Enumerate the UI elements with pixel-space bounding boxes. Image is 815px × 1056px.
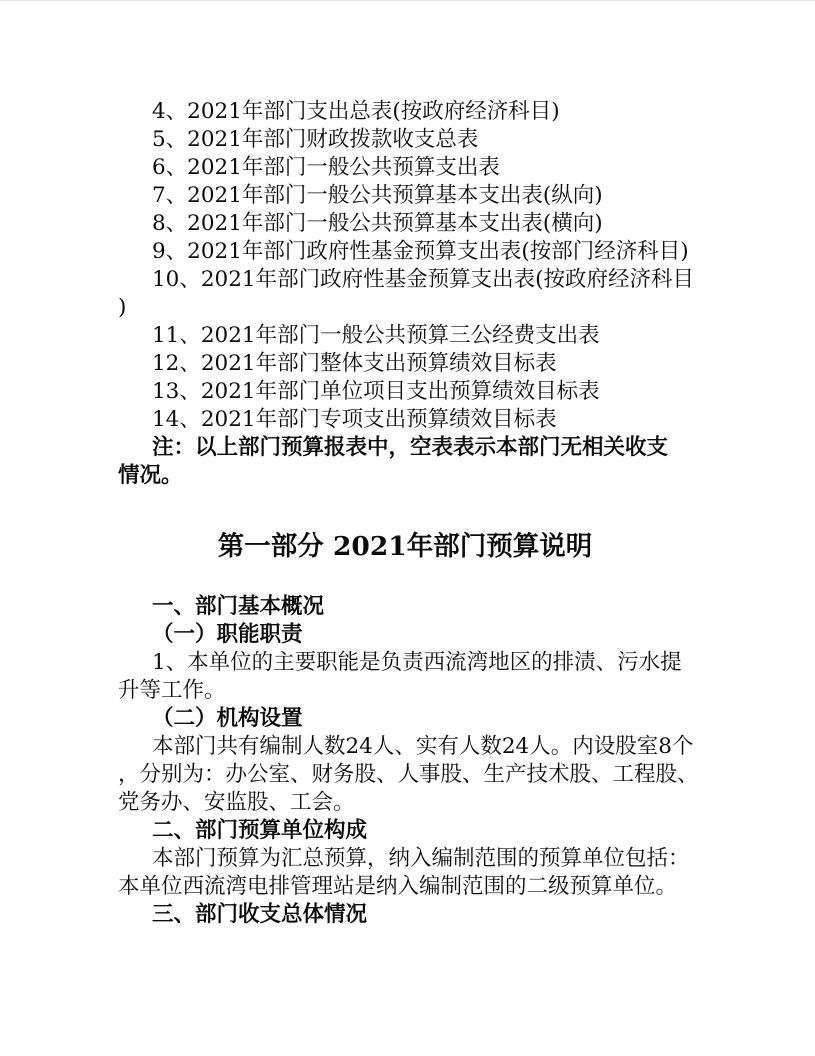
section1-title: 一、部门基本概况 (118, 593, 692, 621)
attachment-list-item-10-wrap: ) (118, 294, 692, 322)
attachment-list-item-14: 14、2021年部门专项支出预算绩效目标表 (118, 406, 692, 434)
document-page: 4、2021年部门支出总表(按政府经济科目) 5、2021年部门财政拨款收支总表… (0, 0, 815, 1056)
document-content: 4、2021年部门支出总表(按政府经济科目) 5、2021年部门财政拨款收支总表… (118, 98, 692, 929)
note-line-1: 注：以上部门预算报表中，空表表示本部门无相关收支 (118, 434, 692, 462)
attachment-list-item-11: 11、2021年部门一般公共预算三公经费支出表 (118, 322, 692, 350)
note-line-2: 情况。 (118, 462, 692, 490)
section2-line-1: 本部门预算为汇总预算，纳入编制范围的预算单位包括： (118, 845, 692, 873)
part-heading: 第一部分 2021年部门预算说明 (118, 527, 692, 567)
attachment-list-item-13: 13、2021年部门单位项目支出预算绩效目标表 (118, 378, 692, 406)
attachment-list-item-4: 4、2021年部门支出总表(按政府经济科目) (118, 98, 692, 126)
section2-line-2: 本单位西流湾电排管理站是纳入编制范围的二级预算单位。 (118, 873, 692, 901)
attachment-list-item-5: 5、2021年部门财政拨款收支总表 (118, 126, 692, 154)
attachment-list-item-7: 7、2021年部门一般公共预算基本支出表(纵向) (118, 182, 692, 210)
attachment-list-item-12: 12、2021年部门整体支出预算绩效目标表 (118, 350, 692, 378)
section1-sub2-line-2: ，分别为：办公室、财务股、人事股、生产技术股、工程股、 (118, 761, 692, 789)
attachment-list-item-9: 9、2021年部门政府性基金预算支出表(按部门经济科目) (118, 238, 692, 266)
section1-sub2-title: （二）机构设置 (118, 705, 692, 733)
section1-sub1-title: （一）职能职责 (118, 621, 692, 649)
attachment-list-item-10: 10、2021年部门政府性基金预算支出表(按政府经济科目 (118, 266, 692, 294)
section1-sub1-line-2: 升等工作。 (118, 677, 692, 705)
section1-sub2-line-1: 本部门共有编制人数24人、实有人数24人。内设股室8个 (118, 733, 692, 761)
section1-sub2-line-3: 党务办、安监股、工会。 (118, 789, 692, 817)
section3-title: 三、部门收支总体情况 (118, 901, 692, 929)
section1-sub1-line-1: 1、本单位的主要职能是负责西流湾地区的排渍、污水提 (118, 649, 692, 677)
attachment-list-item-8: 8、2021年部门一般公共预算基本支出表(横向) (118, 210, 692, 238)
attachment-list-item-6: 6、2021年部门一般公共预算支出表 (118, 154, 692, 182)
budget-explanation-body: 一、部门基本概况 （一）职能职责 1、本单位的主要职能是负责西流湾地区的排渍、污… (118, 593, 692, 929)
section2-title: 二、部门预算单位构成 (118, 817, 692, 845)
